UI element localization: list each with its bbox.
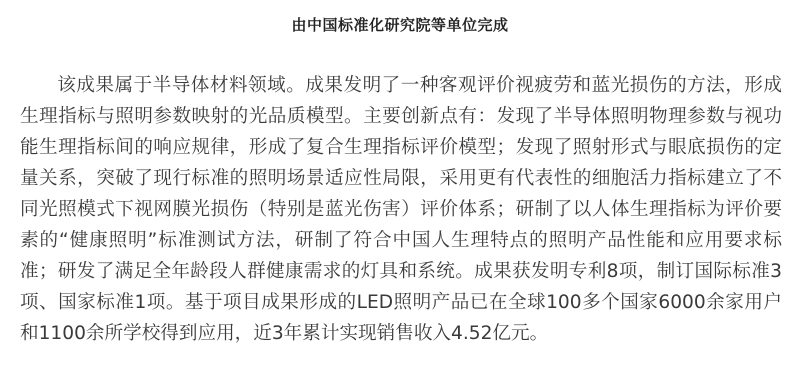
document-title: 由中国标准化研究院等单位完成 — [0, 14, 800, 36]
document-paragraph: 该成果属于半导体材料领域。成果发明了一种客观评价视疲劳和蓝光损伤的方法，形成生理… — [20, 70, 782, 349]
